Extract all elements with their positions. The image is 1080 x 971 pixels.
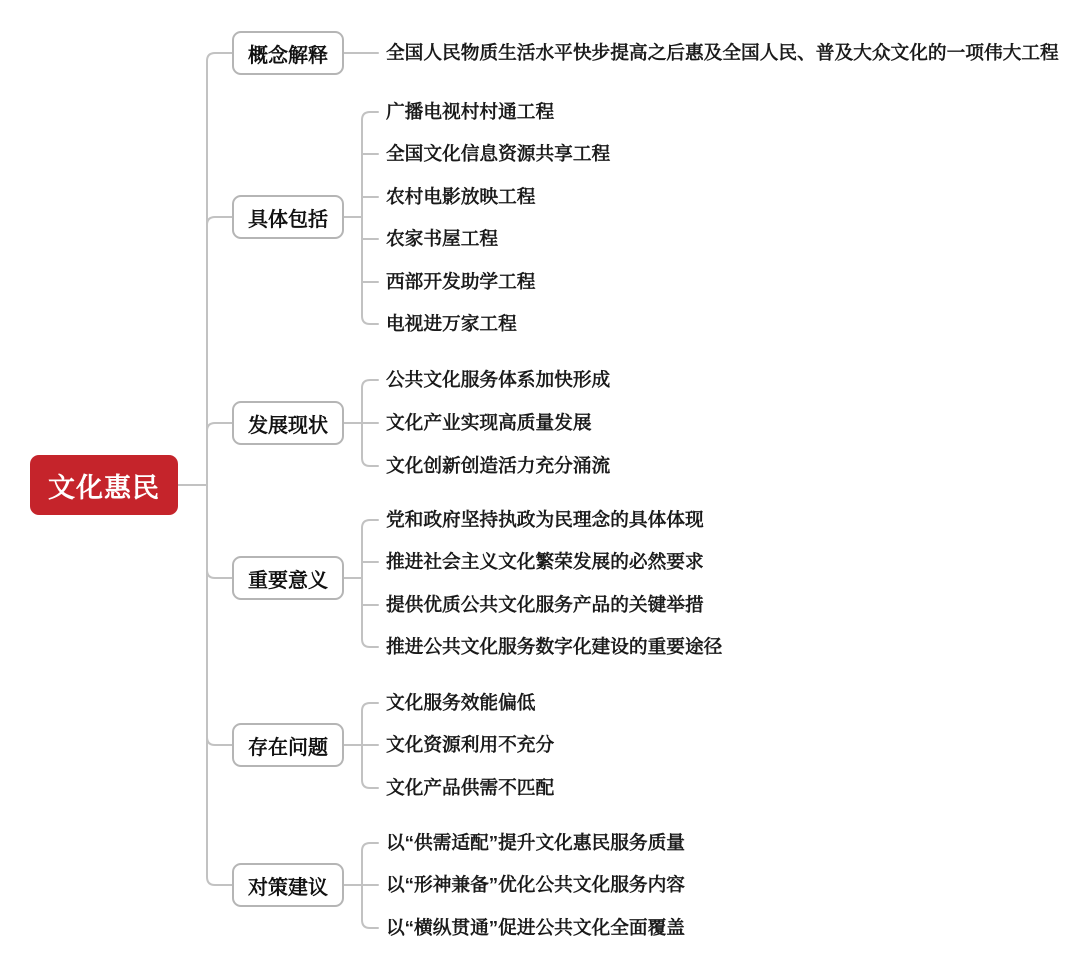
branch-connector: [344, 380, 378, 466]
branch-node-status[interactable]: 发展现状: [232, 401, 344, 445]
leaf-node[interactable]: 文化创新创造活力充分涌流: [386, 453, 610, 479]
branch-node-suggestions[interactable]: 对策建议: [232, 863, 344, 907]
leaf-node[interactable]: 文化产品供需不匹配: [386, 775, 554, 801]
leaf-node[interactable]: 农家书屋工程: [386, 226, 498, 252]
branch-connector: [344, 703, 378, 788]
trunk-connector: [178, 53, 232, 885]
leaf-node[interactable]: 推进公共文化服务数字化建设的重要途径: [386, 634, 722, 660]
leaf-node[interactable]: 全国文化信息资源共享工程: [386, 141, 610, 167]
leaf-node[interactable]: 广播电视村村通工程: [386, 99, 554, 125]
leaf-node[interactable]: 以“形神兼备”优化公共文化服务内容: [386, 872, 685, 898]
leaf-node[interactable]: 公共文化服务体系加快形成: [386, 367, 610, 393]
branch-node-significance[interactable]: 重要意义: [232, 556, 344, 600]
branch-node-includes[interactable]: 具体包括: [232, 195, 344, 239]
leaf-node[interactable]: 全国人民物质生活水平快步提高之后惠及全国人民、普及大众文化的一项伟大工程: [386, 40, 1059, 66]
leaf-node[interactable]: 以“横纵贯通”促进公共文化全面覆盖: [386, 915, 685, 941]
branch-connector: [344, 843, 378, 928]
branch-node-problems[interactable]: 存在问题: [232, 723, 344, 767]
leaf-node[interactable]: 电视进万家工程: [386, 311, 517, 337]
leaf-node[interactable]: 文化服务效能偏低: [386, 690, 536, 716]
leaf-node[interactable]: 西部开发助学工程: [386, 269, 536, 295]
leaf-node[interactable]: 提供优质公共文化服务产品的关键举措: [386, 592, 704, 618]
leaf-node[interactable]: 推进社会主义文化繁荣发展的必然要求: [386, 549, 704, 575]
branch-connector: [344, 112, 378, 324]
mindmap-canvas: 文化惠民 概念解释 具体包括 发展现状 重要意义 存在问题 对策建议 全国人民物…: [0, 0, 1080, 971]
leaf-node[interactable]: 文化资源利用不充分: [386, 732, 554, 758]
leaf-node[interactable]: 农村电影放映工程: [386, 184, 536, 210]
leaf-node[interactable]: 文化产业实现高质量发展: [386, 410, 592, 436]
branch-node-concept[interactable]: 概念解释: [232, 31, 344, 75]
leaf-node[interactable]: 以“供需适配”提升文化惠民服务质量: [386, 830, 685, 856]
branch-connector: [344, 520, 378, 647]
root-node[interactable]: 文化惠民: [30, 455, 178, 515]
leaf-node[interactable]: 党和政府坚持执政为民理念的具体体现: [386, 507, 704, 533]
